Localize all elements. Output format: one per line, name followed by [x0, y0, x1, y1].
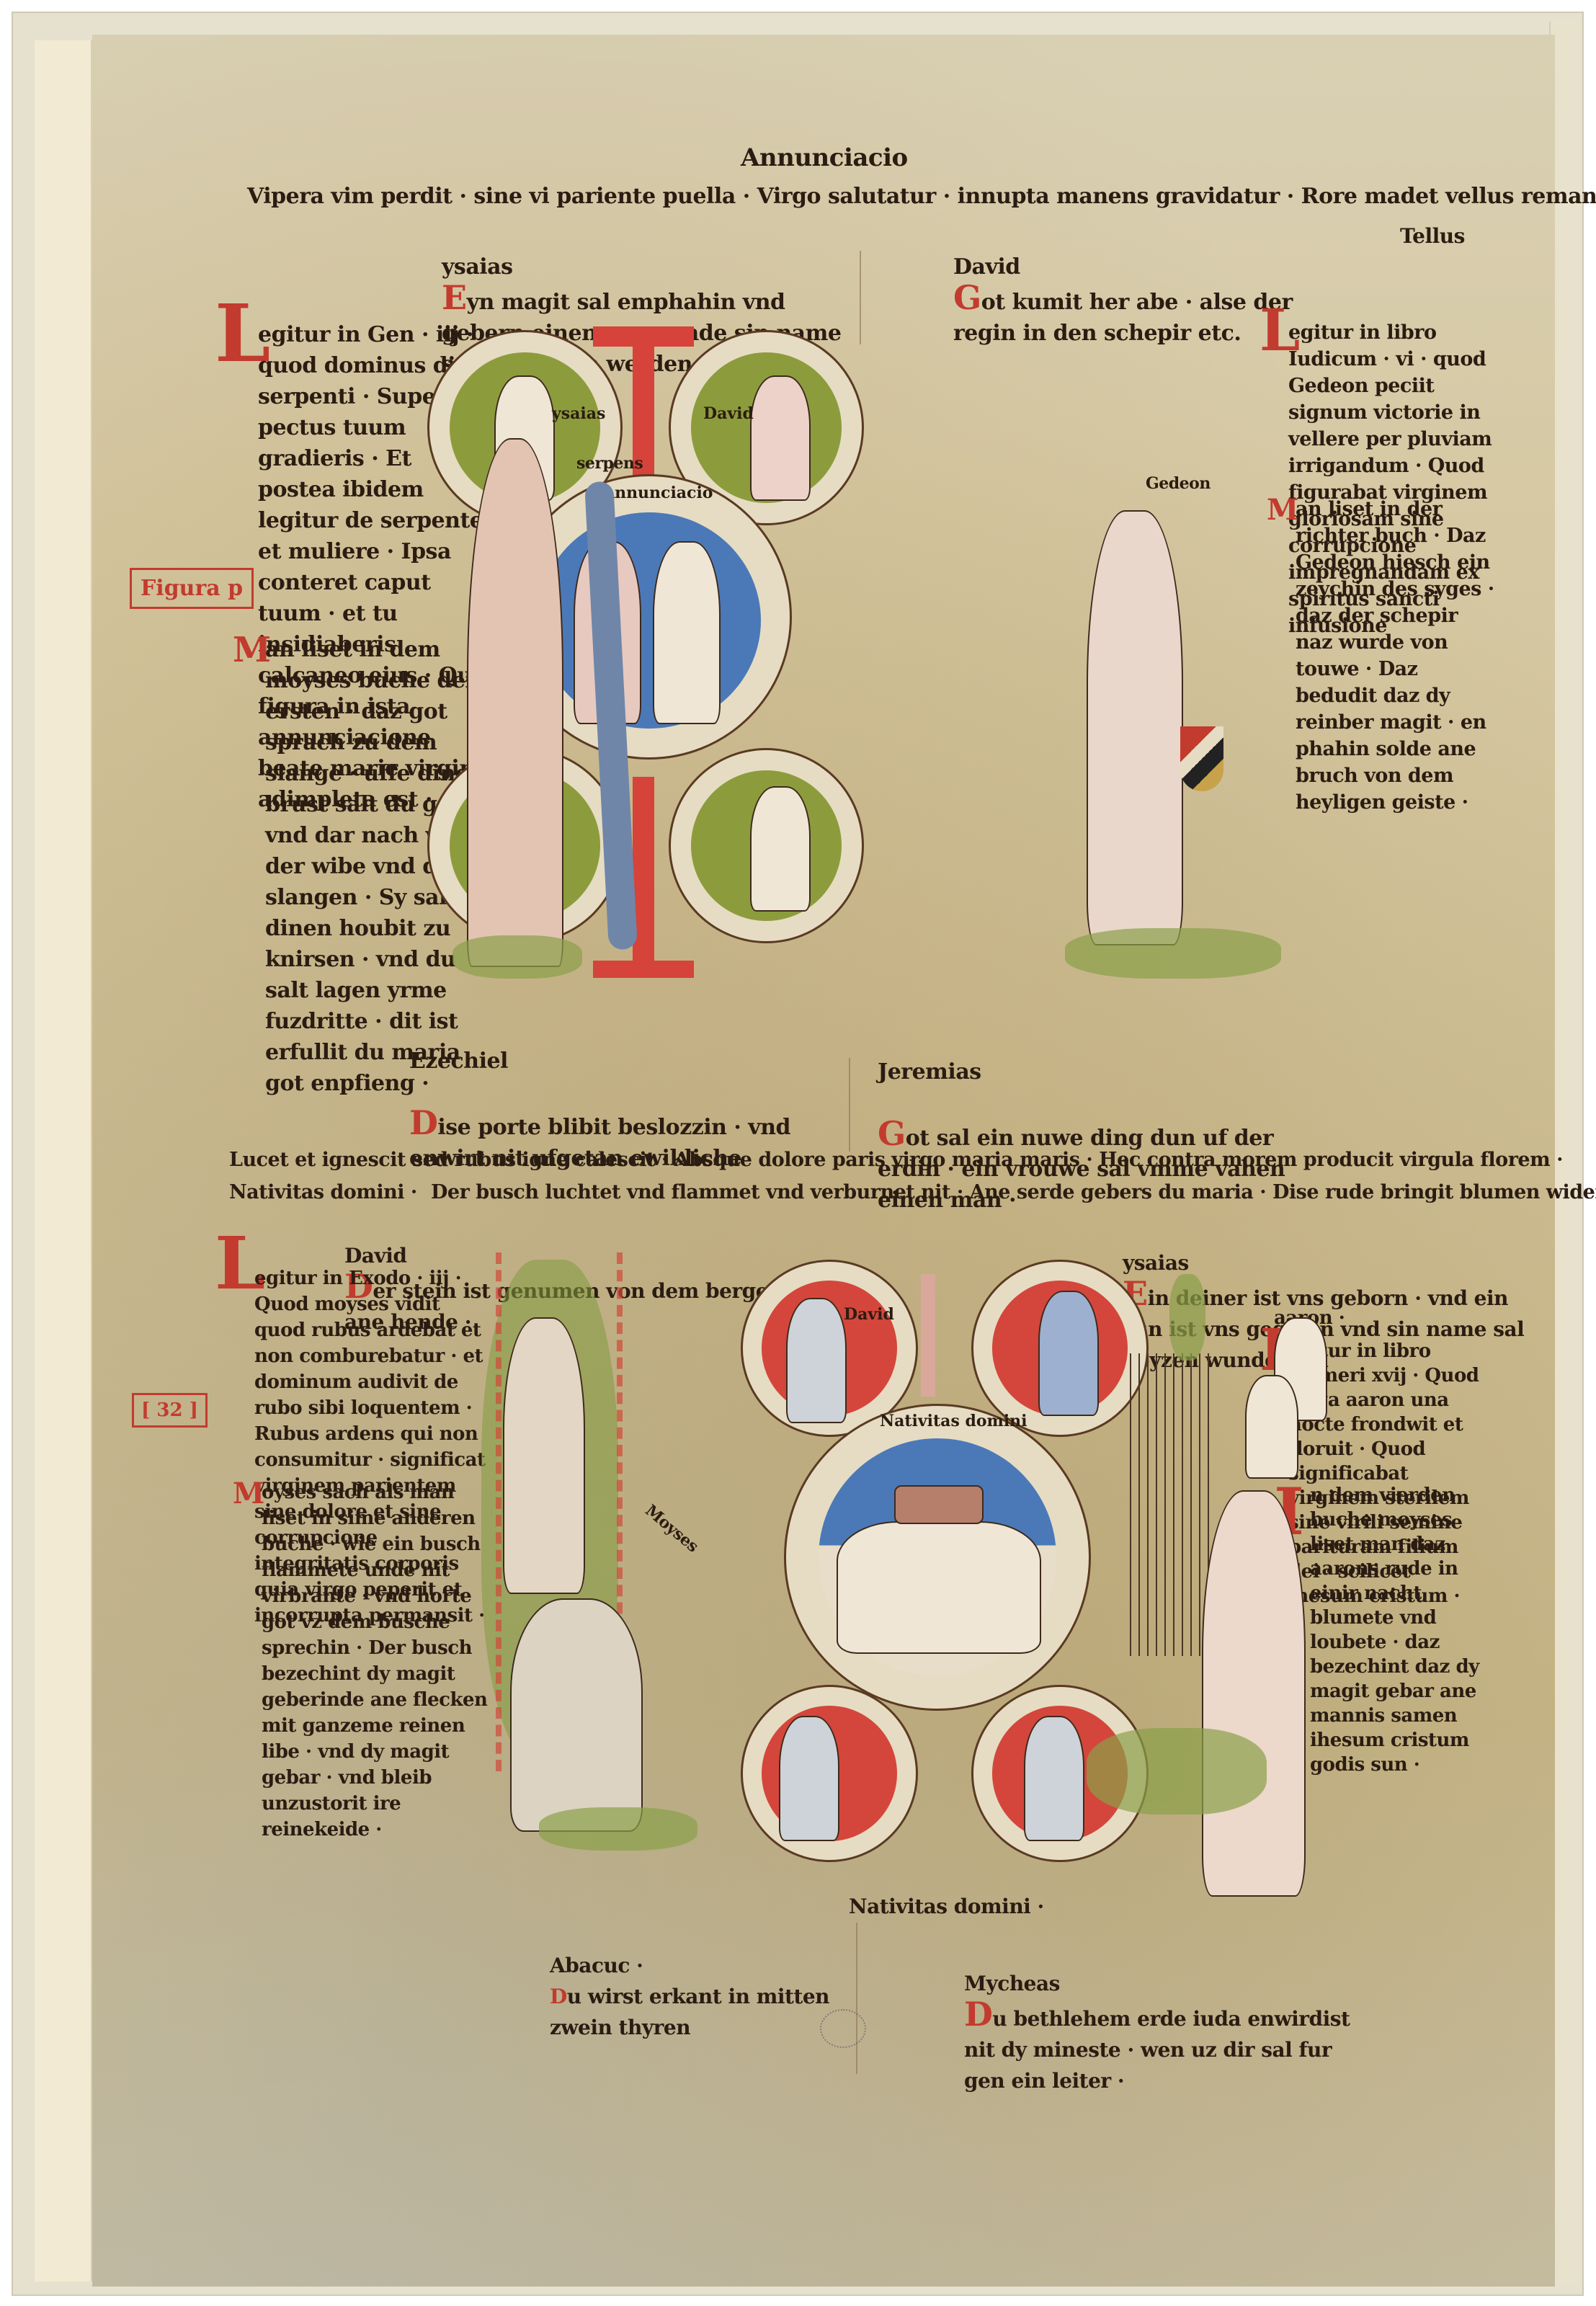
ox-and-ass-figures	[894, 1485, 984, 1524]
grass-patch	[1087, 1728, 1267, 1815]
god-father-figure	[467, 438, 563, 967]
german-lectio-moses-bush: oyses sach als man liset in sime anderen…	[262, 1479, 492, 1843]
virgin-mary-figure	[653, 541, 721, 724]
prophet-name: ysaias	[442, 254, 512, 280]
prophecy-mycheas: Mycheas Du bethlehem erde iuda enwirdist…	[964, 1937, 1368, 2096]
prophet-name: Ezechiel	[409, 1046, 827, 1077]
prophecy-abacuc: Abacuc · Du wirst erkant in mitten zwein…	[550, 1919, 852, 2043]
rubric-initial-M: M	[1267, 496, 1298, 525]
heading-nativitas: Nativitas domini ·	[229, 1180, 417, 1205]
gideon-figure	[1087, 510, 1183, 945]
grass-patch	[539, 1807, 697, 1851]
grass-patch	[1065, 928, 1281, 979]
binding-spine-strip	[35, 40, 93, 2281]
leonine-verse-nativity: Lucet et ignescit sed rubus igne calesci…	[229, 1148, 1382, 1172]
moyses-label: Moyses	[641, 1501, 702, 1557]
god-in-bush-figure	[503, 1317, 585, 1594]
rubric-initial: E	[442, 278, 467, 317]
marginal-note-number: [ 32 ]	[132, 1393, 208, 1428]
medallion-nativity: Nativitas domini	[784, 1404, 1091, 1711]
rubric-initial: G	[878, 1114, 906, 1153]
prophet-name: David	[344, 1244, 406, 1268]
prophet-name: ysaias	[1123, 1251, 1189, 1275]
moses-seated-figure	[510, 1598, 643, 1832]
aaron-figure	[1202, 1490, 1306, 1897]
king-david-figure	[786, 1298, 847, 1423]
serpens-label: serpens	[576, 454, 643, 474]
manuscript-leaf: Annunciacio Vipera vim perdit · sine vi …	[92, 35, 1555, 2287]
caption-nativitas-bottom: Nativitas domini ·	[849, 1894, 1044, 1919]
prophet-name: Mycheas	[964, 1972, 1060, 1995]
gedeon-label: Gedeon	[1146, 474, 1211, 494]
ruling-line	[849, 1058, 850, 1152]
banderole-label: David	[703, 404, 754, 423]
library-stamp-mark	[820, 2009, 866, 2048]
ruling-line	[856, 1923, 857, 2074]
german-lectio-gideon: an liset in der richter buch · Daz Gedeo…	[1296, 496, 1497, 816]
prophecy-text: ot kumit her abe · alse der regin in den…	[953, 290, 1293, 346]
banderole-label: David	[844, 1305, 894, 1324]
rubric-initial: G	[953, 278, 981, 317]
king-figure	[750, 375, 811, 501]
rubric-initial: D	[409, 1103, 437, 1142]
banderole-label: ysaias	[552, 404, 605, 423]
prophet-name: Abacuc	[550, 1954, 630, 1977]
rubric-initial-M: M	[233, 1479, 264, 1508]
y-tree-top	[593, 326, 694, 347]
german-lectio-aaron-rod: n dem vierden buche moyses liset man daz…	[1310, 1483, 1497, 1777]
leonine-verse-annunciation: Vipera vim perdit · sine vi pariente pue…	[247, 183, 1566, 210]
gideon-shield-icon	[1180, 726, 1223, 791]
german-verse-nativity: Der busch luchtet vnd flammet vnd verbur…	[431, 1180, 1512, 1205]
mary-reclining-figure	[837, 1521, 1041, 1654]
rubric-initial: D	[550, 1985, 567, 2008]
rubric-initial: D	[964, 1995, 992, 2034]
prophet-figure	[1024, 1716, 1084, 1841]
prophecy-text: u wirst erkant in mitten zwein thyren	[550, 1985, 829, 2039]
y-tree-base	[593, 961, 694, 978]
flowering-rod-leaves	[1169, 1274, 1205, 1361]
marginal-note-figura: Figura p	[130, 568, 254, 609]
center-caption: Nativitas domini	[880, 1412, 1027, 1430]
prophet-name: David	[953, 254, 1020, 280]
medallion-blue-field	[538, 512, 761, 729]
medallion-abacuc	[741, 1685, 918, 1862]
ruling-line	[860, 251, 861, 344]
prophet-name: Jeremias	[878, 1056, 1296, 1087]
marginal-tellus: Tellus	[1400, 223, 1465, 249]
aaron-rods	[1123, 1353, 1209, 1656]
prophecy-text: u bethlehem erde iuda enwirdist nit dy m…	[964, 2007, 1350, 2093]
onlooker-figure	[1245, 1375, 1298, 1479]
prophet-figure	[750, 786, 811, 912]
prophet-figure	[779, 1716, 839, 1841]
medallion-jeremias	[669, 748, 864, 943]
grass-patch	[453, 935, 582, 979]
center-caption: Annunciacio	[602, 484, 713, 502]
prophet-figure	[1038, 1291, 1099, 1416]
tree-stem	[921, 1274, 935, 1397]
heading-annunciacio: Annunciacio	[741, 143, 908, 174]
